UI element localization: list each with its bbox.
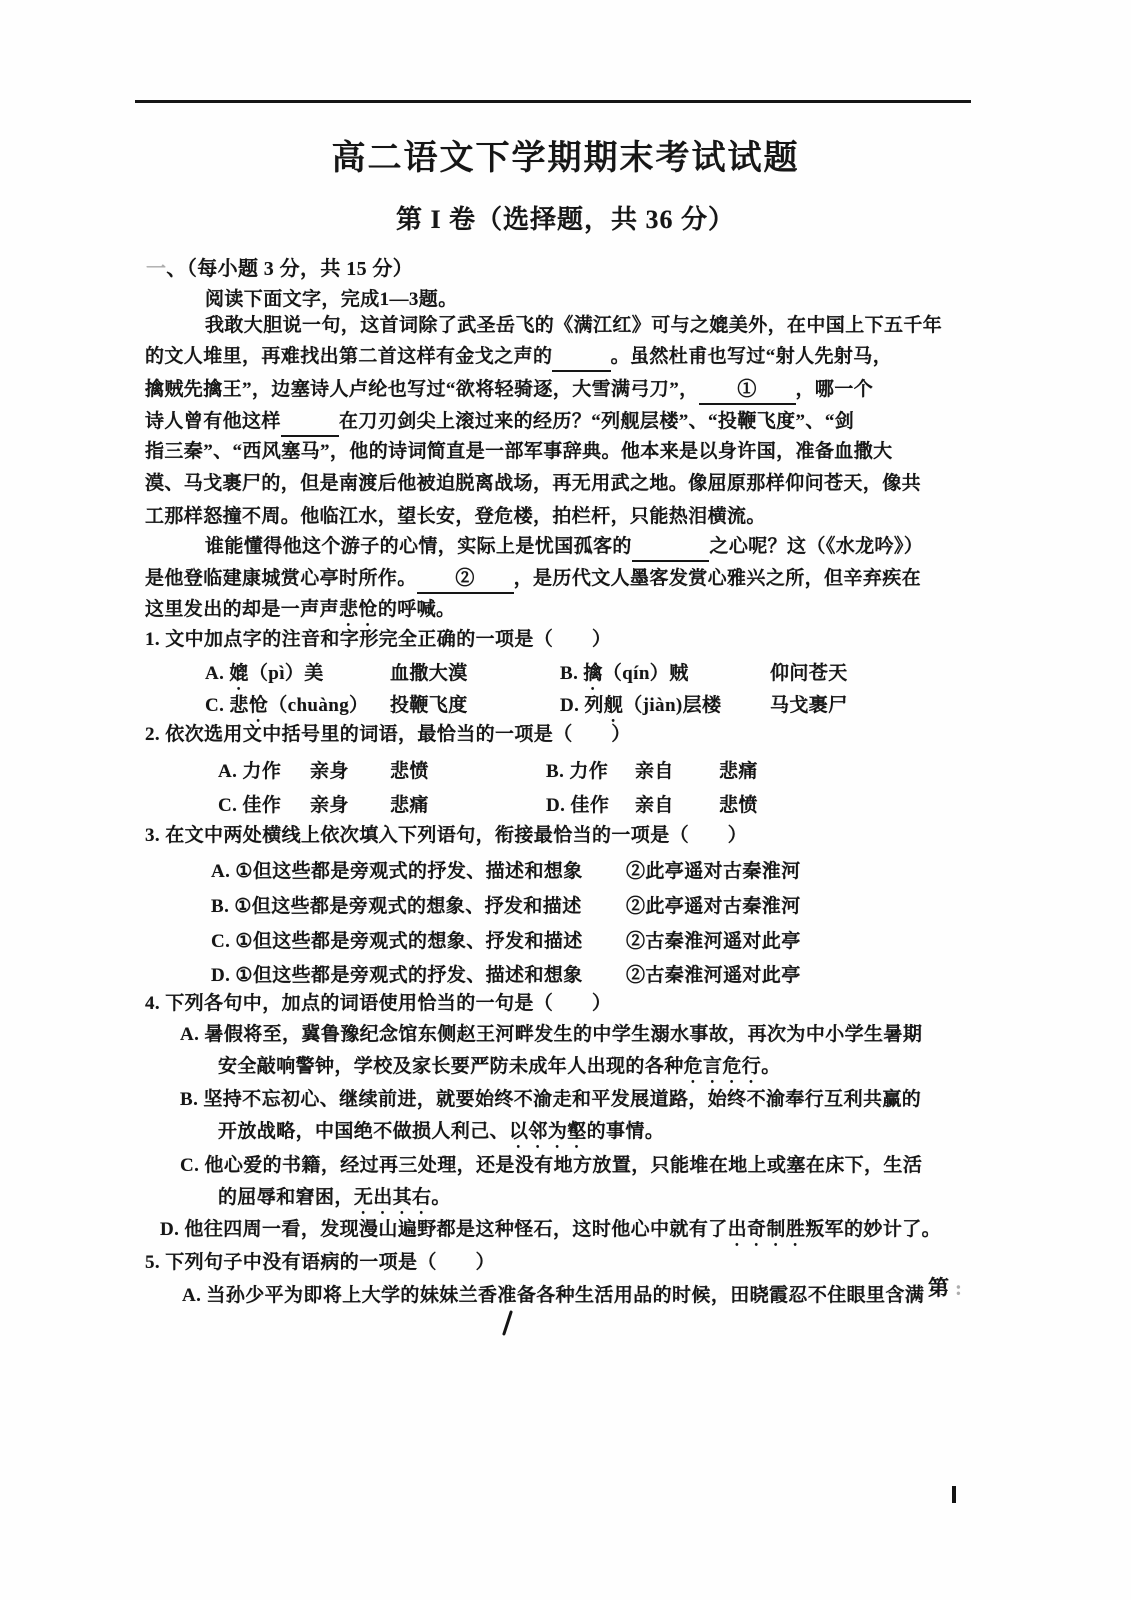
option-c: C. 佳作 (218, 790, 310, 817)
passage-line: 是他登临建康城赏心亭时所作。 ② ，是历代文人墨客发赏心雅兴之所，但辛弃疾在 (145, 566, 921, 594)
question-2-options-row-2: C. 佳作 亲身 悲痛 D. 佳作 亲自 悲愤 (218, 790, 758, 817)
option-a-part-2: ②此亭遥对古秦淮河 (626, 856, 801, 883)
option-d-part-2: ②古秦淮河遥对此亭 (626, 960, 801, 987)
passage-line: 擒贼先擒王”，边塞诗人卢纶也写过“欲将轻骑逐，大雪满弓刀”， ① ，哪一个 (145, 377, 873, 405)
question-2-header: 2. 依次选用文中括号里的词语，最恰当的一项是（ ） (145, 722, 631, 748)
question-3-option-b: B. ①但这些都是旁观式的想象、抒发和描述 ②此亭遥对古秦淮河 (211, 891, 801, 918)
section-1-label: 一、（每小题 3 分，共 15 分） (146, 256, 413, 283)
question-4-option-c-line-2: 的屈辱和窘困，无出其右。 (218, 1185, 451, 1219)
passage-line: 诗人曾有他这样 在刀刃剑尖上滚过来的经历？“列舰层楼”、“投鞭飞度”、“剑 (145, 409, 854, 437)
passage-line: 这里发出的却是一声声悲怆的呼喊。 (145, 597, 455, 631)
question-4-option-c-line-1: C. 他心爱的书籍，经过再三处理，还是没有地方放置，只能堆在地上或塞在床下，生活 (180, 1153, 922, 1179)
question-5-header: 5. 下列句子中没有语病的一项是（ ） (145, 1250, 495, 1276)
option-b: B. 力作 (546, 756, 635, 783)
passage-line: 指三秦”、“西风塞马”，他的诗词简直是一部军事辞典。他本来是以身许国，准备血撒大 (145, 439, 893, 465)
exam-page: 高二语文下学期期末考试试题 第 I 卷（选择题，共 36 分） 一、（每小题 3… (0, 0, 1131, 1600)
option-d-word: 马戈裹尸 (770, 690, 848, 727)
question-3-option-a: A. ①但这些都是旁观式的抒发、描述和想象 ②此亭遥对古秦淮河 (211, 856, 801, 883)
question-1-header: 1. 文中加点字的注音和字形完全正确的一项是（ ） (145, 627, 611, 653)
option-c-word-3: 悲痛 (390, 790, 546, 817)
exam-title: 高二语文下学期期末考试试题 (0, 136, 1131, 182)
option-d-part-1: D. ①但这些都是旁观式的抒发、描述和想象 (211, 960, 626, 987)
question-3-header: 3. 在文中两处横线上依次填入下列语句，衔接最恰当的一项是（ ） (145, 823, 747, 849)
option-a-word-3: 悲愤 (390, 756, 546, 783)
question-4-header: 4. 下列各句中，加点的词语使用恰当的一句是（ ） (145, 991, 611, 1017)
question-3-option-d: D. ①但这些都是旁观式的抒发、描述和想象 ②古秦淮河遥对此亭 (211, 960, 801, 987)
question-4-option-a-line-2: 安全敲响警钟，学校及家长要严防未成年人出现的各种危言危行。 (218, 1054, 781, 1088)
option-d: D. 佳作 (546, 790, 635, 817)
handwritten-slash-mark (502, 1310, 513, 1336)
question-4-option-a-line-1: A. 暑假将至，冀鲁豫纪念馆东侧赵王河畔发生的中学生溺水事故，再次为中小学生暑期 (180, 1022, 922, 1048)
passage-line: 工那样怒撞不周。他临江水，望长安，登危楼，拍栏杆，只能热泪横流。 (145, 504, 766, 530)
option-c-word-2: 亲身 (310, 790, 390, 817)
option-b-word-2: 亲自 (635, 756, 719, 783)
option-b-part-2: ②此亭遥对古秦淮河 (626, 891, 801, 918)
option-d-word-2: 亲自 (635, 790, 719, 817)
exam-subtitle: 第 I 卷（选择题，共 36 分） (0, 202, 1131, 237)
option-a-part-1: A. ①但这些都是旁观式的抒发、描述和想象 (211, 856, 626, 883)
scan-artifact-tick (952, 1486, 956, 1503)
question-4-option-b-line-2: 开放战略，中国绝不做损人利己、以邻为壑的事情。 (218, 1119, 664, 1153)
question-4-option-d: D. 他往四周一看，发现漫山遍野都是这种怪石，这时他心中就有了出奇制胜叛军的妙计… (160, 1217, 941, 1251)
option-c-part-1: C. ①但这些都是旁观式的想象、抒发和描述 (211, 926, 626, 953)
question-4-option-b-line-1: B. 坚持不忘初心、继续前进，就要始终不渝走和平发展道路，始终不渝奉行互利共赢的 (180, 1087, 921, 1113)
passage-line: 谁能懂得他这个游子的心情，实际上是忧国孤客的 之心呢？这（《水龙吟》） (205, 534, 923, 562)
passage-line: 漠、马戈裹尸的，但是南渡后他被迫脱离战场，再无用武之地。像屈原那样仰问苍天，像共 (145, 471, 921, 497)
question-3-option-c: C. ①但这些都是旁观式的想象、抒发和描述 ②古秦淮河遥对此亭 (211, 926, 801, 953)
option-b-part-1: B. ①但这些都是旁观式的想象、抒发和描述 (211, 891, 626, 918)
top-rule (135, 100, 971, 103)
question-2-options-row-1: A. 力作 亲身 悲愤 B. 力作 亲自 悲痛 (218, 756, 758, 783)
question-5-option-a: A. 当孙少平为即将上大学的妹妹兰香准备各种生活用品的时候，田晓霞忍不住眼里含满 (182, 1283, 924, 1309)
reading-instruction: 阅读下面文字，完成1—3题。 (205, 287, 458, 313)
option-a-word-2: 亲身 (310, 756, 390, 783)
page-footer-marker: 第 : (928, 1274, 962, 1302)
option-d-word-3: 悲愤 (719, 790, 758, 817)
option-c-part-2: ②古秦淮河遥对此亭 (626, 926, 801, 953)
option-b-word-3: 悲痛 (719, 756, 758, 783)
passage-line: 我敢大胆说一句，这首词除了武圣岳飞的《满江红》可与之媲美外，在中国上下五千年 (205, 313, 942, 339)
passage-line: 的文人堆里，再难找出第二首这样有金戈之声的 。虽然杜甫也写过“射人先射马， (145, 344, 892, 372)
option-a: A. 力作 (218, 756, 310, 783)
